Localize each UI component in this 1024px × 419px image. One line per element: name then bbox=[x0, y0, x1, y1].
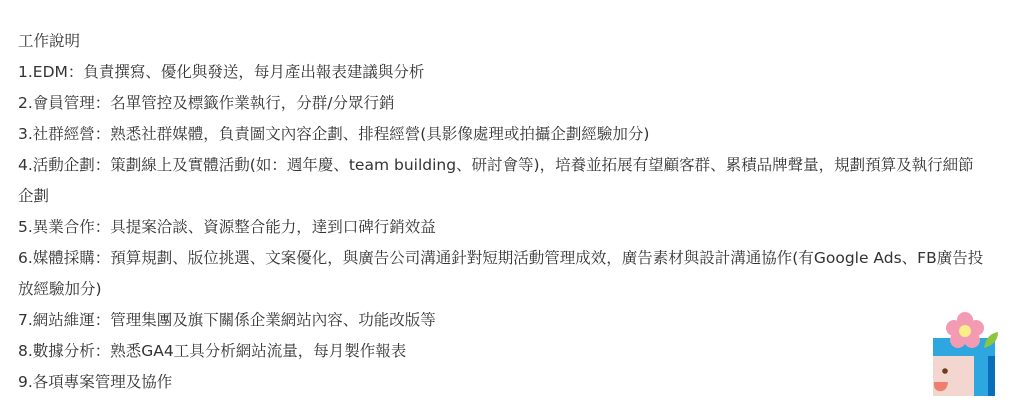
list-item: 3.社群經營：熟悉社群媒體，負責圖文內容企劃、排程經營(具影像處理或拍攝企劃經驗… bbox=[18, 119, 988, 150]
mascot-character[interactable] bbox=[928, 310, 1000, 400]
list-item: 2.會員管理：名單管控及標籤作業執行，分群/分眾行銷 bbox=[18, 88, 988, 119]
list-item: 5.異業合作：具提案洽談、資源整合能力，達到口碑行銷效益 bbox=[18, 212, 988, 243]
list-item: 7.網站維運：管理集團及旗下關係企業網站內容、功能改版等 bbox=[18, 305, 988, 336]
list-item: 4.活動企劃：策劃線上及實體活動(如：週年慶、team building、研討會… bbox=[18, 150, 988, 212]
section-heading: 工作說明 bbox=[18, 26, 988, 57]
list-item: 1.EDM：負責撰寫、優化與發送，每月產出報表建議與分析 bbox=[18, 57, 988, 88]
list-item: 9.各項專案管理及協作 bbox=[18, 367, 988, 398]
flower-character-icon bbox=[928, 310, 1000, 400]
list-item: 6.媒體採購：預算規劃、版位挑選、文案優化，與廣告公司溝通針對短期活動管理成效，… bbox=[18, 243, 988, 305]
list-item: 8.數據分析：熟悉GA4工具分析網站流量，每月製作報表 bbox=[18, 336, 988, 367]
job-description: 工作說明 1.EDM：負責撰寫、優化與發送，每月產出報表建議與分析 2.會員管理… bbox=[18, 26, 988, 398]
